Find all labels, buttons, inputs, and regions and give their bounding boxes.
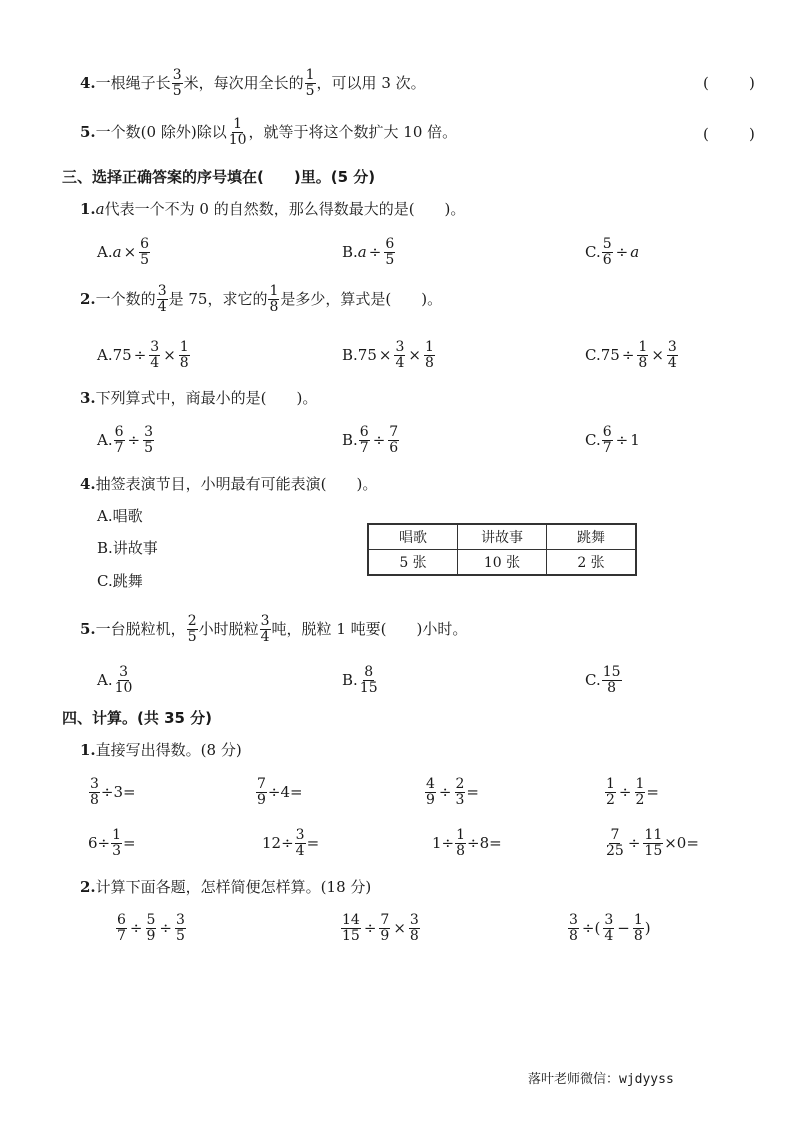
choice-question-1: 1. a 代表一个不为 0 的自然数，那么得数最大的是( )。 [80,202,465,217]
fraction: 15 [305,68,316,98]
question-number: 2. [80,292,96,307]
calc-item[interactable]: 79÷4= [255,777,303,807]
section-3-title: 三、选择正确答案的序号填在( )里。(5 分) [62,170,375,185]
option-a[interactable]: A. 67 ÷ 35 [97,425,155,455]
judge-question-5: 5. 一个数(0 除外)除以 110 ，就等于将这个数扩大 10 倍。 [80,117,457,147]
question-text: ，就等于将这个数扩大 10 倍。 [249,125,458,140]
calc-question-2: 2.计算下面各题，怎样简便怎样算。(18 分) [80,880,371,895]
option-a[interactable]: A.a× 65 [97,237,151,267]
option-b[interactable]: B.75× 34 × 18 [342,340,436,370]
option-a[interactable]: A.唱歌 [97,509,143,524]
option-c[interactable]: C.75÷ 18 × 34 [585,340,679,370]
option-c[interactable]: C. 56 ÷a [585,237,639,267]
calc-item[interactable]: 12÷34= [262,828,319,858]
answer-blank-open[interactable]: ( [703,125,709,143]
choice-question-5: 5.一台脱粒机， 25 小时脱粒 34 吨，脱粒 1 吨要( )小时。 [80,614,467,644]
option-a[interactable]: A. 310 [97,665,134,695]
calc-item[interactable]: 1415÷ 79× 38 [340,913,421,943]
option-b[interactable]: B.a÷ 65 [342,237,396,267]
option-b[interactable]: B. 815 [342,665,380,695]
table-header: 讲故事 [458,524,547,550]
calc-item[interactable]: 725÷ 1115×0= [604,828,699,858]
table-cell: 2 张 [547,550,637,576]
option-c[interactable]: C. 67 ÷1 [585,425,640,455]
section-4-title: 四、计算。(共 35 分) [62,711,212,726]
judge-question-4: 4. 一根绳子长 35 米，每次用全长的 15 ，可以用 3 次。 [80,68,426,98]
calc-item[interactable]: 6÷13= [88,828,136,858]
lottery-table: 唱歌 讲故事 跳舞 5 张 10 张 2 张 [367,523,637,576]
question-number: 5. [80,125,96,140]
calc-item[interactable]: 12÷ 12= [604,777,659,807]
question-text: 米，每次用全长的 [184,76,304,91]
fraction: 110 [228,117,248,147]
calc-item[interactable]: 49÷ 23= [424,777,479,807]
choice-question-3: 3.下列算式中，商最小的是( )。 [80,391,317,406]
option-c[interactable]: C.跳舞 [97,574,143,589]
table-header: 跳舞 [547,524,637,550]
option-a[interactable]: A.75÷ 34 × 18 [97,340,191,370]
choice-question-2: 2. 一个数的 34 是 75，求它的 18 是多少，算式是( )。 [80,284,442,314]
table-header: 唱歌 [368,524,458,550]
calc-item[interactable]: 38÷3= [88,777,136,807]
table-header-row: 唱歌 讲故事 跳舞 [368,524,636,550]
choice-question-4: 4.抽签表演节目，小明最有可能表演( )。 [80,477,377,492]
option-b[interactable]: B.讲故事 [97,541,158,556]
option-b[interactable]: B. 67 ÷ 76 [342,425,400,455]
footer-contact: 落叶老师微信：wjdyyss [528,1073,674,1086]
table-cell: 5 张 [368,550,458,576]
calc-item[interactable]: 38÷( 34− 18) [567,913,651,943]
question-text: 一个数(0 除外)除以 [96,125,227,140]
variable: a [96,202,105,217]
question-text: 一根绳子长 [96,76,171,91]
table-row: 5 张 10 张 2 张 [368,550,636,576]
answer-blank-open[interactable]: ( [703,74,709,92]
question-number: 1. [80,202,96,217]
answer-blank-close: ) [749,74,755,92]
option-c[interactable]: C. 158 [585,665,623,695]
calc-question-1: 1.直接写出得数。(8 分) [80,743,242,758]
question-number: 4. [80,76,96,91]
calc-item[interactable]: 67÷ 59÷ 35 [115,913,187,943]
question-text: 代表一个不为 0 的自然数，那么得数最大的是( )。 [105,202,466,217]
fraction: 35 [172,68,183,98]
calc-item[interactable]: 1÷18÷8= [432,828,502,858]
answer-blank-close: ) [749,125,755,143]
question-text: ，可以用 3 次。 [317,76,426,91]
table-cell: 10 张 [458,550,547,576]
